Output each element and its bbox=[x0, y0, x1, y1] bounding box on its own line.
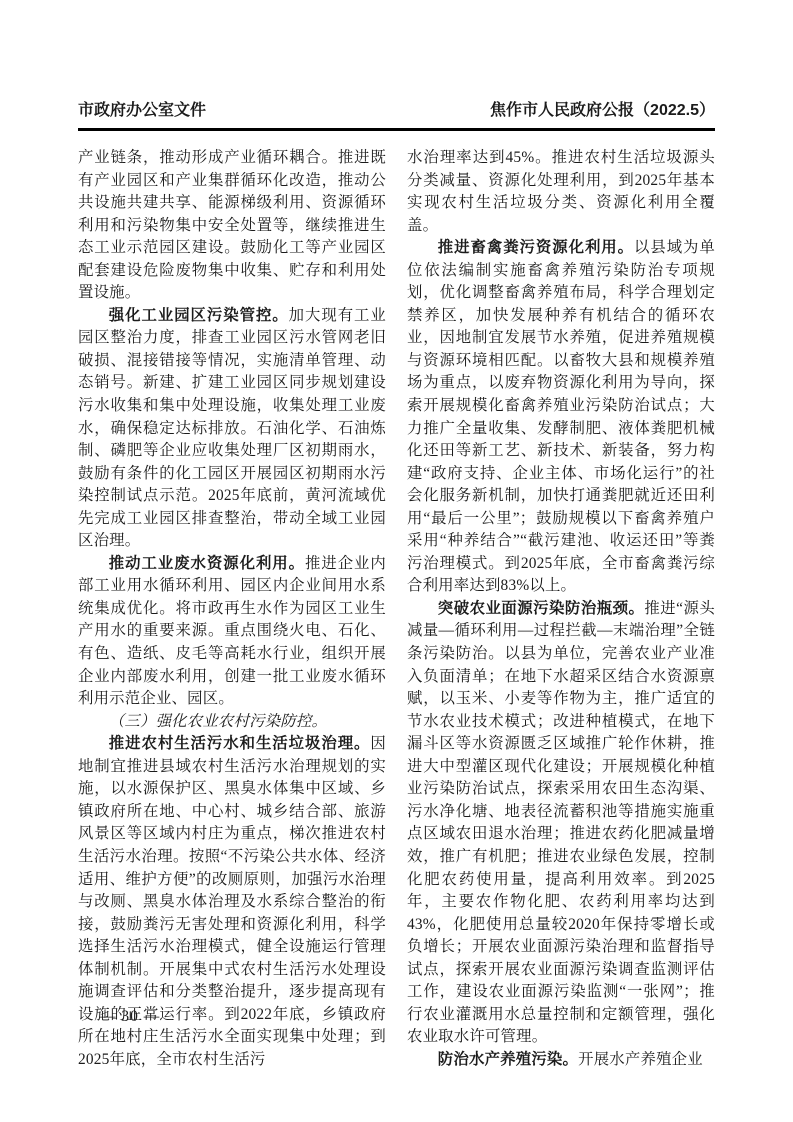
paragraph-text: 产业链条，推动形成产业循环耦合。推进既有产业园区和产业集群循环化改造，推动公共设… bbox=[78, 149, 386, 301]
section-heading: （三）强化农业农村污染防控。 bbox=[78, 711, 386, 734]
paragraph-text: 加大现有工业园区整治力度，排查工业园区污水管网老旧破损、混接错接等情况，实施清单… bbox=[78, 307, 386, 549]
header-left-title: 市政府办公室文件 bbox=[78, 102, 206, 120]
paragraph: 突破农业面源污染防治瓶颈。推进“源头减量—循环利用—过程拦截—末端治理”全链条污… bbox=[407, 598, 715, 1049]
paragraph-text: 推进“源头减量—循环利用—过程拦截—末端治理”全链条污染防治。以县为单位，完善农… bbox=[407, 600, 715, 1045]
header-right-title: 焦作市人民政府公报（2022.5） bbox=[490, 102, 715, 120]
section-heading-text: （三）强化农业农村污染防控。 bbox=[109, 713, 327, 730]
paragraph-lead: 强化工业园区污染管控。 bbox=[109, 307, 289, 324]
paragraph: 产业链条，推动形成产业循环耦合。推进既有产业园区和产业集群循环化改造，推动公共设… bbox=[78, 147, 386, 305]
paragraph: 水治理率达到45%。推进农村生活垃圾源头分类减量、资源化处理利用，到2025年基… bbox=[407, 147, 715, 237]
paragraph: 推动工业废水资源化利用。推进企业内部工业用水循环利用、园区内企业间用水系统集成优… bbox=[78, 553, 386, 711]
paragraph-lead: 推进农村生活污水和生活垃圾治理。 bbox=[109, 735, 371, 752]
page-header: 市政府办公室文件 焦作市人民政府公报（2022.5） bbox=[78, 102, 715, 131]
paragraph: 强化工业园区污染管控。加大现有工业园区整治力度，排查工业园区污水管网老旧破损、混… bbox=[78, 305, 386, 553]
page-number: — 30 — bbox=[100, 1008, 160, 1026]
paragraph-lead: 推进畜禽粪污资源化利用。 bbox=[438, 239, 634, 256]
paragraph-lead: 防治水产养殖污染。 bbox=[438, 1051, 578, 1068]
document-page: 市政府办公室文件 焦作市人民政府公报（2022.5） 产业链条，推动形成产业循环… bbox=[0, 0, 793, 1122]
left-column: 产业链条，推动形成产业循环耦合。推进既有产业园区和产业集群循环化改造，推动公共设… bbox=[78, 147, 386, 1071]
paragraph-text: 水治理率达到45%。推进农村生活垃圾源头分类减量、资源化处理利用，到2025年基… bbox=[407, 149, 715, 234]
paragraph: 推进畜禽粪污资源化利用。以县域为单位依法编制实施畜禽养殖污染防治专项规划，优化调… bbox=[407, 237, 715, 598]
paragraph-lead: 突破农业面源污染防治瓶颈。 bbox=[438, 600, 645, 617]
document-body: 产业链条，推动形成产业循环耦合。推进既有产业园区和产业集群循环化改造，推动公共设… bbox=[78, 147, 715, 1071]
paragraph-text: 开展水产养殖企业 bbox=[578, 1051, 703, 1068]
paragraph-text: 以县域为单位依法编制实施畜禽养殖污染防治专项规划，优化调整畜禽养殖布局，科学合理… bbox=[407, 239, 715, 594]
paragraph-lead: 推动工业废水资源化利用。 bbox=[109, 555, 305, 572]
right-column: 水治理率达到45%。推进农村生活垃圾源头分类减量、资源化处理利用，到2025年基… bbox=[407, 147, 715, 1071]
paragraph-text: 推进企业内部工业用水循环利用、园区内企业间用水系统集成优化。将市政再生水作为园区… bbox=[78, 555, 386, 707]
paragraph: 防治水产养殖污染。开展水产养殖企业 bbox=[407, 1049, 715, 1072]
